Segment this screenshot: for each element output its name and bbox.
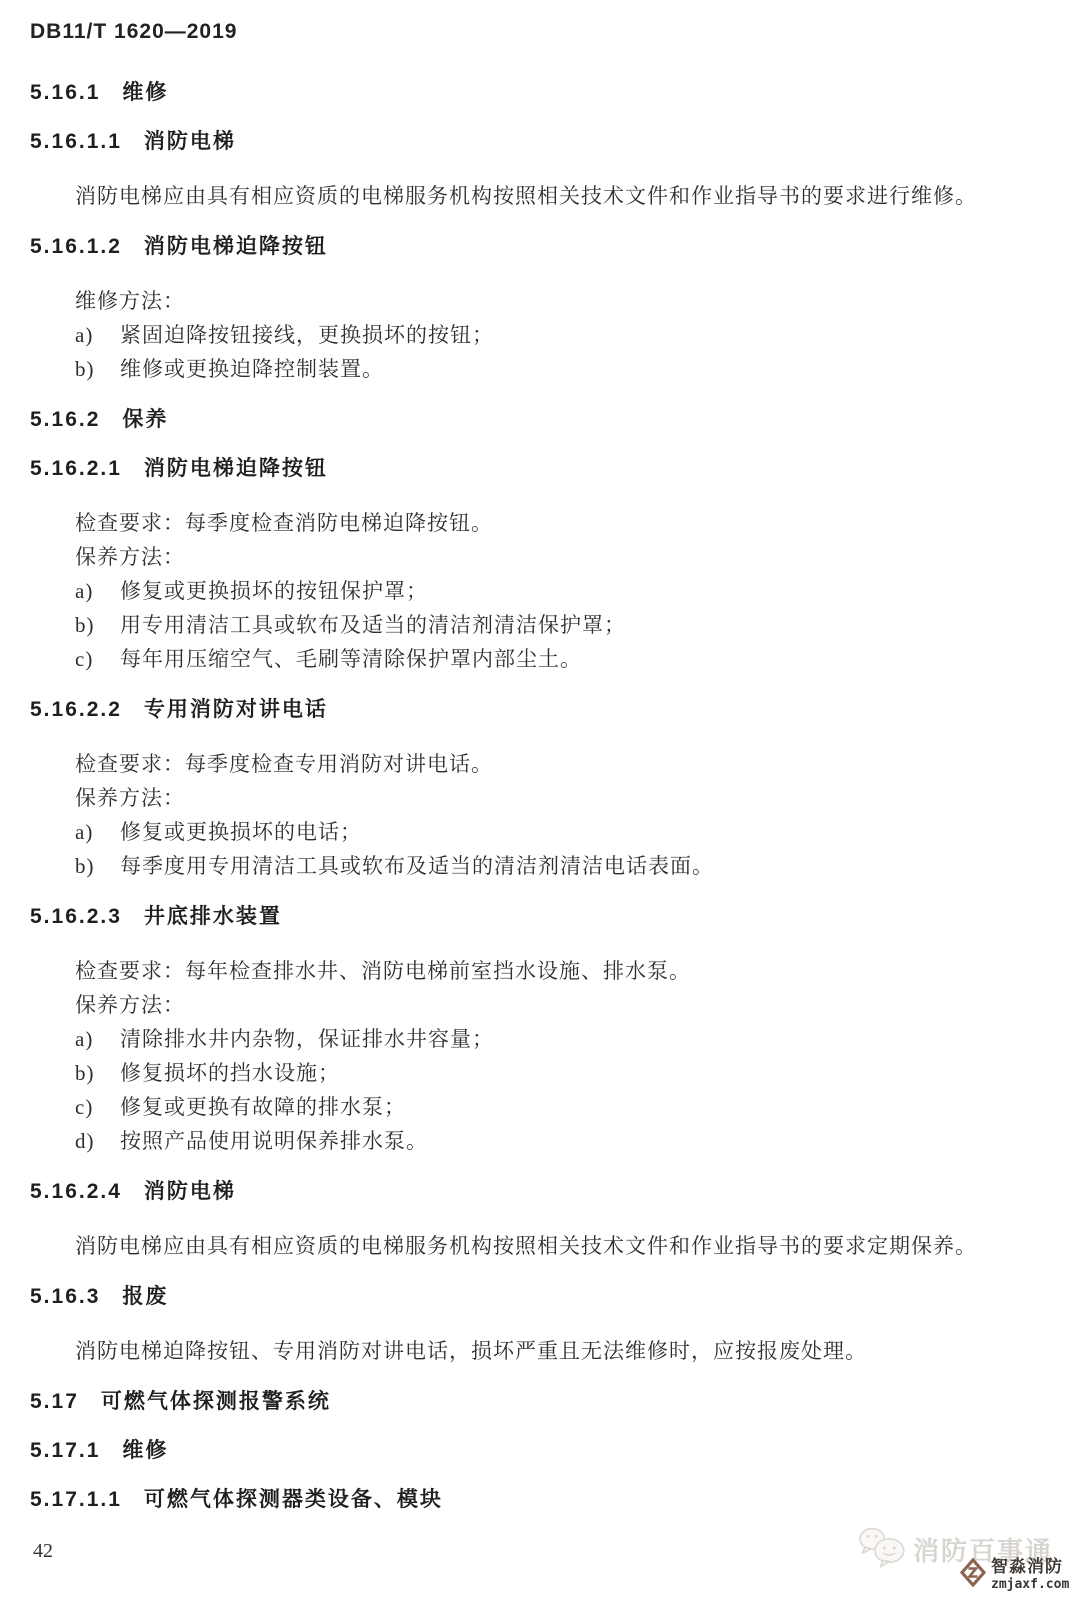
brand-site: zmjaxf.com [991,1578,1069,1591]
list-item: d)按照产品使用说明保养排水泵。 [30,1124,1040,1158]
list-marker: d) [75,1124,120,1158]
list-item-text: 按照产品使用说明保养排水泵。 [120,1124,428,1158]
list-item-text: 清除排水井内杂物，保证排水井容量； [120,1022,494,1056]
list-item: b)每季度用专用清洁工具或软布及适当的清洁剂清洁电话表面。 [30,849,1040,883]
list-marker: c) [75,1090,120,1124]
chat-bubbles-icon [856,1524,910,1575]
section-heading: 5.17.1维修 [30,1436,1040,1466]
list-item: c)修复或更换有故障的排水泵； [30,1090,1040,1124]
section-heading: 5.16.1维修 [30,78,1040,108]
list-item-text: 维修或更换迫降控制装置。 [120,352,384,386]
section-title: 井底排水装置 [144,905,282,928]
list-item-text: 修复或更换有故障的排水泵； [120,1090,406,1124]
paragraph: 消防电梯应由具有相应资质的电梯服务机构按照相关技术文件和作业指导书的要求定期保养… [30,1229,1040,1263]
section-title: 消防电梯 [144,130,236,153]
section-title: 维修 [122,1439,168,1462]
document-body: 5.16.1维修5.16.1.1消防电梯消防电梯应由具有相应资质的电梯服务机构按… [30,70,1040,1515]
section-title: 消防电梯 [144,1180,236,1203]
section-heading: 5.16.3报废 [30,1282,1040,1312]
section-heading: 5.16.2.2专用消防对讲电话 [30,695,1040,725]
text-line: 检查要求：每年检查排水井、消防电梯前室挡水设施、排水泵。 [75,954,1040,988]
list-marker: c) [75,642,120,676]
section-number: 5.16.1.1 [30,130,122,153]
standard-code-header: DB11/T 1620—2019 [30,20,237,44]
section-number: 5.17.1 [30,1439,100,1462]
section-number: 5.16.2.3 [30,905,122,928]
section-title: 专用消防对讲电话 [144,698,328,721]
list-item: a)修复或更换损坏的电话； [30,815,1040,849]
list-item: b)用专用清洁工具或软布及适当的清洁剂清洁保护罩； [30,608,1040,642]
text-line: 检查要求：每季度检查专用消防对讲电话。 [75,747,1040,781]
list-item-text: 紧固迫降按钮接线，更换损坏的按钮； [120,318,494,352]
list-item-text: 每季度用专用清洁工具或软布及适当的清洁剂清洁电话表面。 [120,849,714,883]
brand-diamond-icon [960,1558,986,1592]
section-title: 报废 [122,1285,168,1308]
section-heading: 5.16.1.2消防电梯迫降按钮 [30,232,1040,262]
section-number: 5.16.2.1 [30,457,122,480]
list-marker: b) [75,849,120,883]
watermark-brand: 智淼消防 zmjaxf.com [960,1558,1069,1592]
list-item: c)每年用压缩空气、毛刷等清除保护罩内部尘土。 [30,642,1040,676]
section-heading: 5.16.2.3井底排水装置 [30,902,1040,932]
section-heading: 5.16.1.1消防电梯 [30,127,1040,157]
list-marker: a) [75,815,120,849]
text-line: 保养方法： [75,540,1040,574]
list-item-text: 用专用清洁工具或软布及适当的清洁剂清洁保护罩； [120,608,626,642]
section-number: 5.17 [30,1390,79,1413]
paragraph: 消防电梯应由具有相应资质的电梯服务机构按照相关技术文件和作业指导书的要求进行维修… [30,179,1040,213]
page-number: 42 [33,1540,53,1563]
list-item: a)修复或更换损坏的按钮保护罩； [30,574,1040,608]
section-title: 可燃气体探测报警系统 [101,1390,331,1413]
list-item: b)修复损坏的挡水设施； [30,1056,1040,1090]
text-line: 检查要求：每季度检查消防电梯迫降按钮。 [75,506,1040,540]
list-item-text: 修复或更换损坏的按钮保护罩； [120,574,428,608]
text-line: 维修方法： [75,284,1040,318]
section-heading: 5.16.2.4消防电梯 [30,1177,1040,1207]
section-number: 5.16.2 [30,408,100,431]
list-item-text: 修复损坏的挡水设施； [120,1056,340,1090]
section-number: 5.16.2.4 [30,1180,122,1203]
document-page: { "header": { "standard_code": "DB11/T 1… [0,0,1080,1598]
section-title: 消防电梯迫降按钮 [144,235,328,258]
list-marker: b) [75,608,120,642]
section-heading: 5.17可燃气体探测报警系统 [30,1387,1040,1417]
section-number: 5.16.3 [30,1285,100,1308]
section-number: 5.16.2.2 [30,698,122,721]
list-item-text: 每年用压缩空气、毛刷等清除保护罩内部尘土。 [120,642,582,676]
list-marker: a) [75,1022,120,1056]
list-marker: a) [75,318,120,352]
text-line: 保养方法： [75,988,1040,1022]
section-heading: 5.17.1.1可燃气体探测器类设备、模块 [30,1485,1040,1515]
paragraph: 消防电梯迫降按钮、专用消防对讲电话，损坏严重且无法维修时，应按报废处理。 [30,1334,1040,1368]
section-number: 5.17.1.1 [30,1488,122,1511]
section-heading: 5.16.2.1消防电梯迫降按钮 [30,454,1040,484]
list-item: a)清除排水井内杂物，保证排水井容量； [30,1022,1040,1056]
brand-name: 智淼消防 [991,1558,1069,1575]
section-number: 5.16.1.2 [30,235,122,258]
section-title: 维修 [122,81,168,104]
list-marker: b) [75,1056,120,1090]
section-heading: 5.16.2保养 [30,405,1040,435]
list-item: a)紧固迫降按钮接线，更换损坏的按钮； [30,318,1040,352]
section-title: 保养 [122,408,168,431]
list-marker: b) [75,352,120,386]
list-item: b)维修或更换迫降控制装置。 [30,352,1040,386]
list-marker: a) [75,574,120,608]
section-number: 5.16.1 [30,81,100,104]
text-line: 保养方法： [75,781,1040,815]
list-item-text: 修复或更换损坏的电话； [120,815,362,849]
section-title: 可燃气体探测器类设备、模块 [144,1488,443,1511]
section-title: 消防电梯迫降按钮 [144,457,328,480]
